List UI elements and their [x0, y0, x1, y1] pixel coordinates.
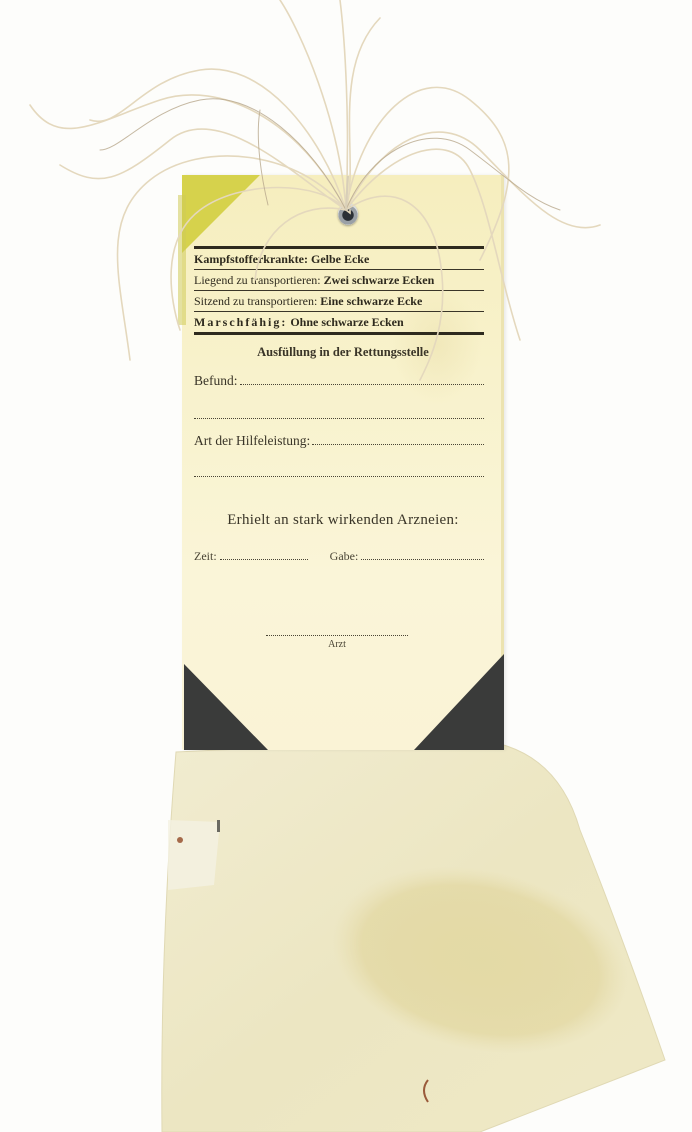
triage-tag: Kampfstofferkrankte: Gelbe Ecke Liegend … [182, 175, 504, 750]
befund-line-2 [194, 417, 484, 419]
signature-line [266, 635, 408, 636]
yellow-corner-marker [182, 175, 260, 253]
hilfeleistung-field: Art der Hilfeleistung: [194, 433, 484, 449]
legend-key: Sitzend zu transportieren: [194, 294, 317, 308]
eyelet-icon [338, 203, 358, 225]
black-corner-right-marker [414, 654, 504, 750]
zeit-line [220, 558, 308, 560]
yellow-edge [178, 195, 186, 325]
black-corner-left-marker [184, 664, 268, 750]
legend-value: Zwei schwarze Ecken [324, 273, 435, 287]
triage-legend: Kampfstofferkrankte: Gelbe Ecke Liegend … [194, 246, 484, 335]
legend-key: Liegend zu transportieren: [194, 273, 321, 287]
legend-row: Marschfähig: Ohne schwarze Ecken [194, 312, 484, 332]
signature-label: Arzt [266, 639, 408, 650]
legend-key: Marschfähig: [194, 315, 287, 329]
hilfeleistung-line-2 [194, 475, 484, 477]
legend-value: Eine schwarze Ecke [320, 294, 422, 308]
legend-value: Gelbe Ecke [311, 252, 369, 266]
legend-row: Liegend zu transportieren: Zwei schwarze… [194, 270, 484, 291]
photo-scene: Kampfstofferkrankte: Gelbe Ecke Liegend … [0, 0, 692, 1132]
legend-value: Ohne schwarze Ecken [290, 315, 403, 329]
zeit-gabe-row: Zeit: Gabe: [194, 549, 484, 564]
gabe-line [361, 558, 484, 560]
legend-row: Sitzend zu transportieren: Eine schwarze… [194, 291, 484, 312]
hilfeleistung-label: Art der Hilfeleistung: [194, 433, 310, 449]
section-title: Ausfüllung in der Rettungsstelle [182, 345, 504, 360]
legend-key: Kampfstofferkrankte: [194, 252, 308, 266]
zeit-label: Zeit: [194, 549, 217, 564]
befund-line [240, 383, 485, 385]
befund-label: Befund: [194, 373, 238, 389]
hilfeleistung-line [312, 443, 484, 445]
befund-field: Befund: [194, 373, 484, 389]
medication-title: Erhielt an stark wirkenden Arzneien: [182, 512, 504, 529]
legend-row: Kampfstofferkrankte: Gelbe Ecke [194, 249, 484, 270]
gabe-label: Gabe: [330, 549, 359, 564]
